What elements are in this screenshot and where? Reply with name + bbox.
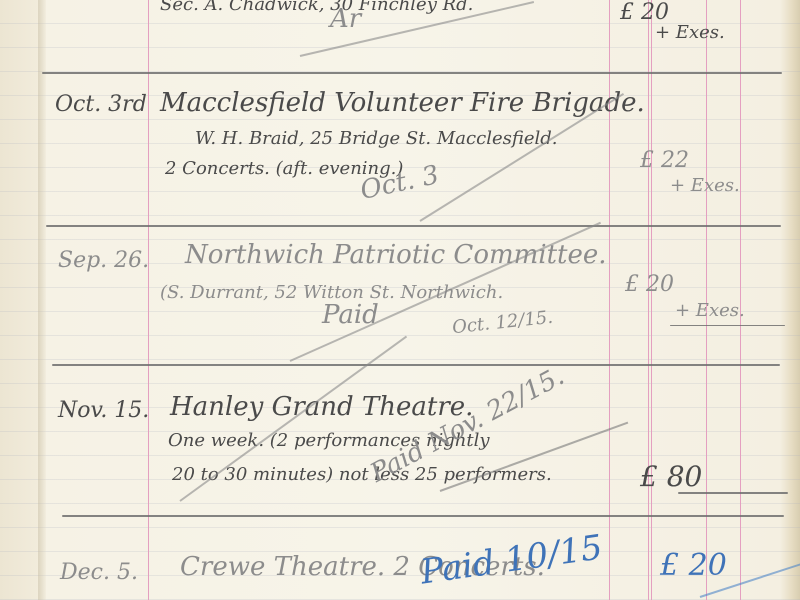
entry-amount: £ 22 (640, 148, 689, 173)
entry-title: Macclesfield Volunteer Fire Brigade. (160, 88, 645, 118)
entry-amount-note: + Exes. (655, 22, 725, 43)
entry-amount-note: + Exes. (670, 175, 740, 196)
entry-amount: £ 80 (640, 460, 702, 493)
left-margin-rule (148, 0, 149, 600)
entry-separator (42, 72, 782, 74)
pencil-mark: Ar (330, 4, 361, 34)
entry-amount: £ 20 (660, 548, 727, 583)
entry-title: Northwich Patriotic Committee. (185, 240, 607, 270)
entry-separator (62, 515, 784, 517)
entry-date: Nov. 15. (58, 398, 149, 423)
blue-paid-mark: Paid 10/15 (418, 527, 605, 592)
entry-date: Oct. 3rd (55, 92, 147, 117)
entry-date: Sep. 26. (58, 248, 149, 273)
entry-line: 20 to 30 minutes) not less 25 performers… (172, 464, 552, 485)
shillings-column-rule-2 (651, 0, 652, 600)
entry-line: W. H. Braid, 25 Bridge St. Macclesfield. (195, 128, 558, 149)
amount-underline (670, 325, 785, 326)
entry-separator (52, 364, 780, 366)
entry-separator (46, 225, 781, 227)
page-binding (38, 0, 46, 600)
pencil-mark-date: Oct. 12/15. (451, 307, 554, 338)
ledger-page: Sec. A. Chadwick, 30 Finchley Rd. Ar £ 2… (0, 0, 800, 600)
shillings-column-rule (648, 0, 649, 600)
entry-amount: £ 20 (625, 272, 674, 297)
entry-date: Dec. 5. (60, 560, 138, 585)
entry-amount-note: + Exes. (675, 300, 745, 321)
entry-line: Sec. A. Chadwick, 30 Finchley Rd. (160, 0, 473, 15)
